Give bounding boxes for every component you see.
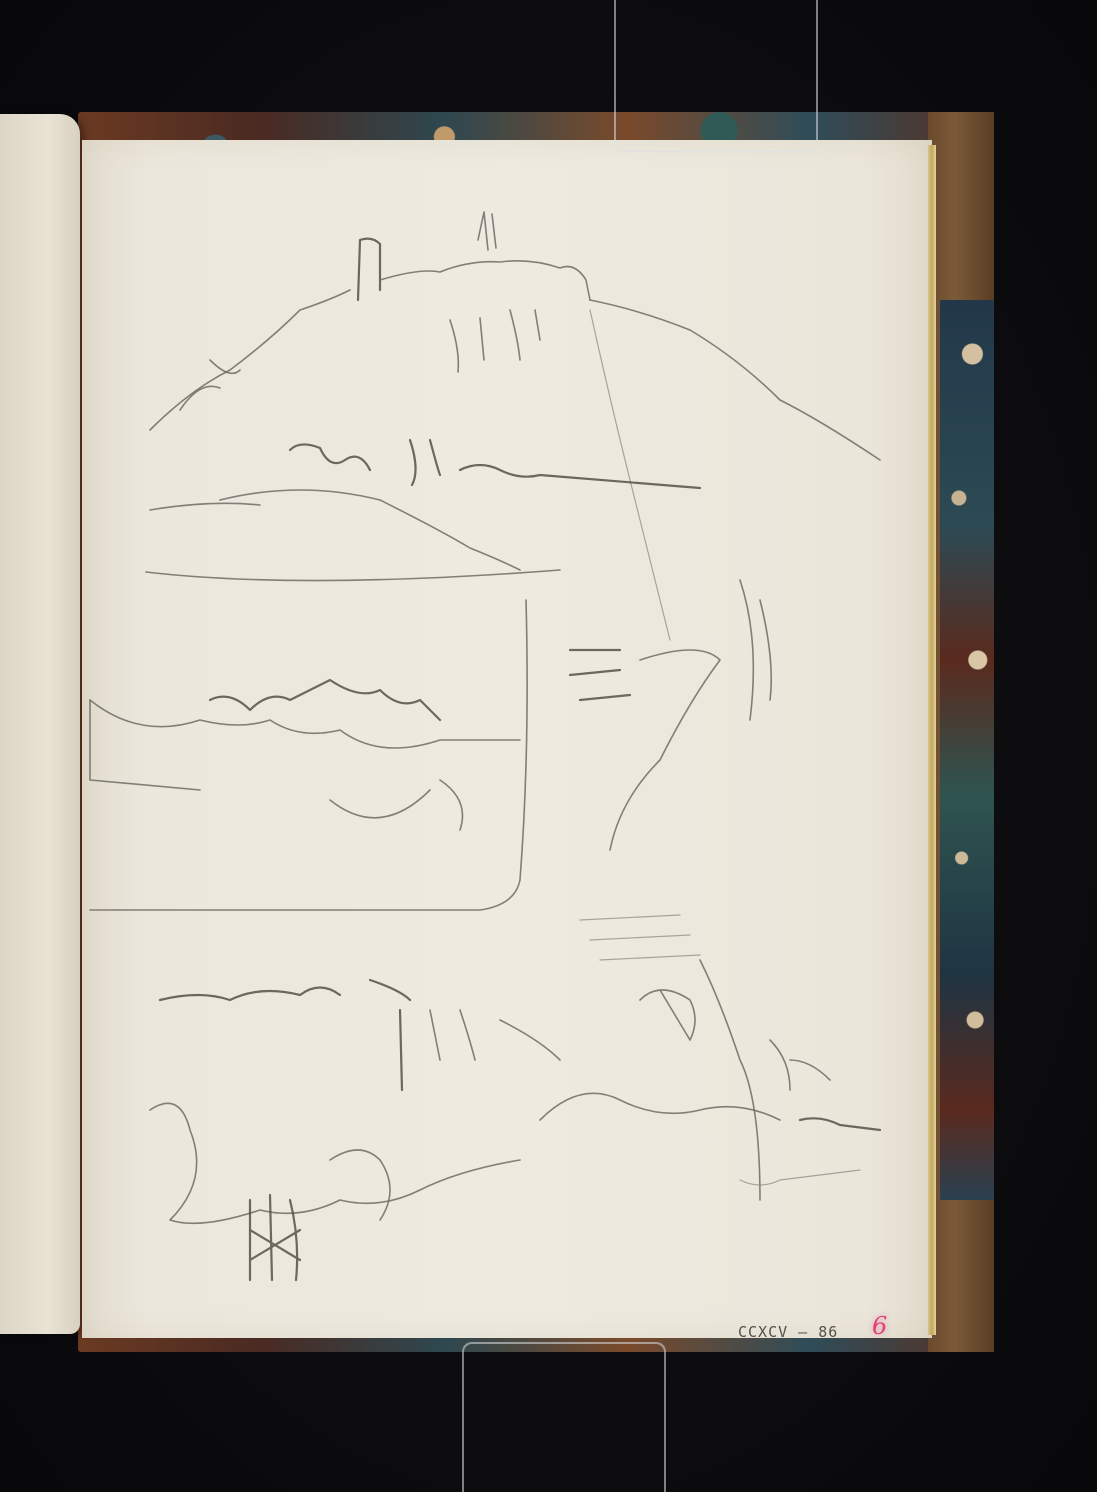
acrylic-holder-bottom (462, 1342, 666, 1492)
pink-page-mark: 6 (872, 1312, 887, 1340)
marbled-flap-edge (940, 300, 994, 1200)
left-page (0, 114, 80, 1334)
catalog-stamp: CCXCV – 86 (738, 1323, 838, 1341)
gilt-page-edge (928, 145, 936, 1335)
acrylic-holder-top (614, 0, 818, 152)
sketch-page (82, 140, 932, 1338)
